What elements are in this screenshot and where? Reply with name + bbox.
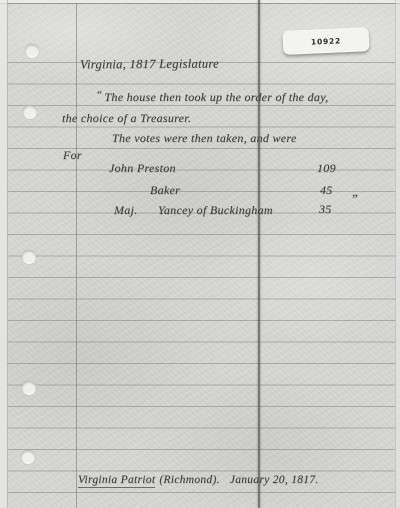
page-left-edge xyxy=(0,0,8,508)
quote-line-1-text: The house then took up the order of the … xyxy=(104,90,328,104)
punch-hole-1 xyxy=(25,44,39,58)
catalog-number: 10922 xyxy=(311,36,341,46)
quote-line-1: “The house then took up the order of the… xyxy=(96,90,328,105)
page-top-edge xyxy=(0,0,400,4)
candidate-name: John Preston xyxy=(109,161,176,176)
opening-quote-mark: “ xyxy=(96,89,102,101)
body-line-3: The votes were then taken, and were xyxy=(112,131,297,146)
citation-source: Virginia Patriot xyxy=(78,474,155,488)
punch-hole-4 xyxy=(22,381,36,395)
vote-count: 35 xyxy=(319,202,332,217)
punch-hole-5 xyxy=(21,450,35,464)
punch-hole-3 xyxy=(22,250,36,264)
catalog-sticker: 10922 xyxy=(283,27,370,55)
vote-count: 45 xyxy=(320,183,333,198)
vote-count: 109 xyxy=(317,161,336,176)
quote-line-2: the choice of a Treasurer. xyxy=(62,111,191,126)
candidate-name: Yancey of Buckingham xyxy=(158,203,273,218)
page-right-edge xyxy=(395,0,400,508)
fold-crease-line xyxy=(258,0,260,508)
margin-line xyxy=(76,3,77,508)
citation-place: (Richmond). xyxy=(159,474,219,486)
body-line-for: For xyxy=(63,148,82,163)
citation-line: Virginia Patriot(Richmond).January 20, 1… xyxy=(78,474,319,486)
closing-quote-mark: „ xyxy=(352,184,360,200)
heading-line: Virginia, 1817 Legislature xyxy=(80,57,219,73)
punch-hole-2 xyxy=(23,105,37,119)
citation-date: January 20, 1817. xyxy=(230,474,319,486)
candidate-prefix: Maj. xyxy=(114,203,138,218)
scanned-page: 10922 Virginia, 1817 Legislature “The ho… xyxy=(0,0,400,508)
ruled-lines xyxy=(7,62,396,503)
candidate-name: Baker xyxy=(150,183,180,198)
